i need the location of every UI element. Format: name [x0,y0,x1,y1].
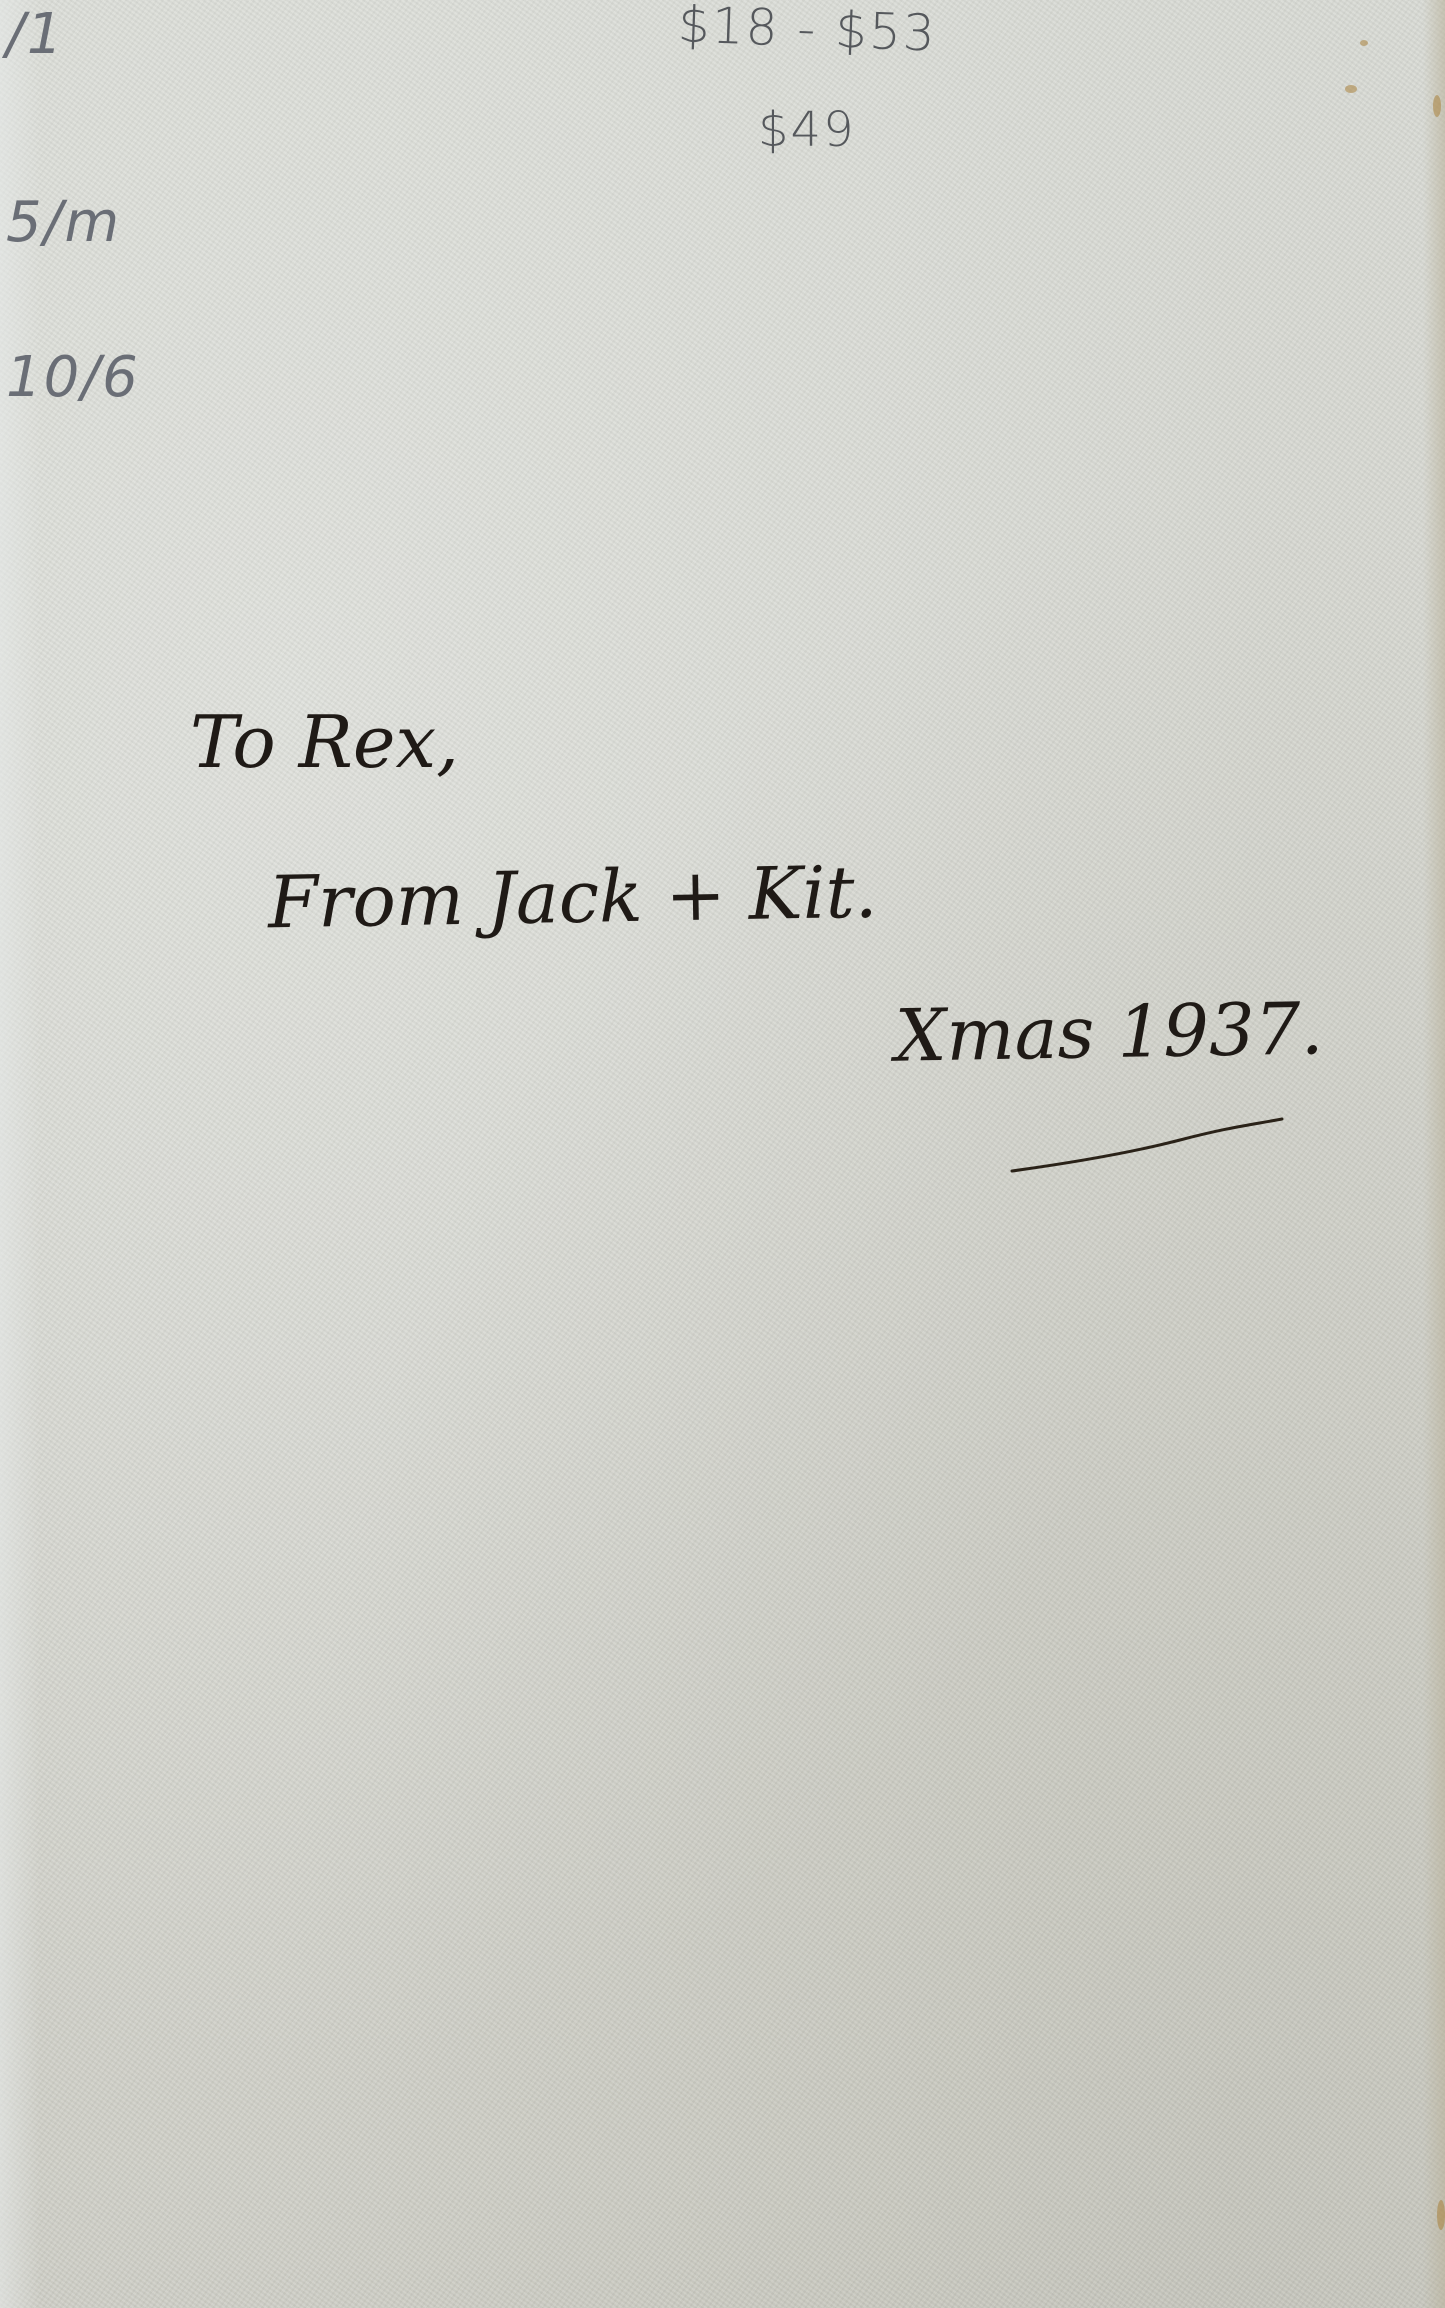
foxing-spot [1433,95,1441,117]
inscription-sender: From Jack + Kit. [267,850,878,945]
inscription-recipient: To Rex, [190,700,459,784]
pencil-price-range: $18 - $53 [677,0,938,62]
foxing-spot [1437,2200,1445,2230]
pencil-price: $49 [758,102,856,158]
pencil-margin-note-3: 10/6 [6,345,140,410]
flyleaf-page: $18 - $53 $49 /1 5/m 10/6 To Rex, From J… [0,0,1445,2308]
foxing-spot [1345,85,1357,93]
inscription-date: Xmas 1937. [894,986,1324,1077]
foxing-spot [1360,40,1368,46]
ink-flourish-underline [1010,1115,1285,1175]
pencil-margin-note-2: 5/m [6,190,121,255]
page-right-edge [1423,0,1445,2308]
pencil-margin-note-1: /1 [6,2,65,67]
